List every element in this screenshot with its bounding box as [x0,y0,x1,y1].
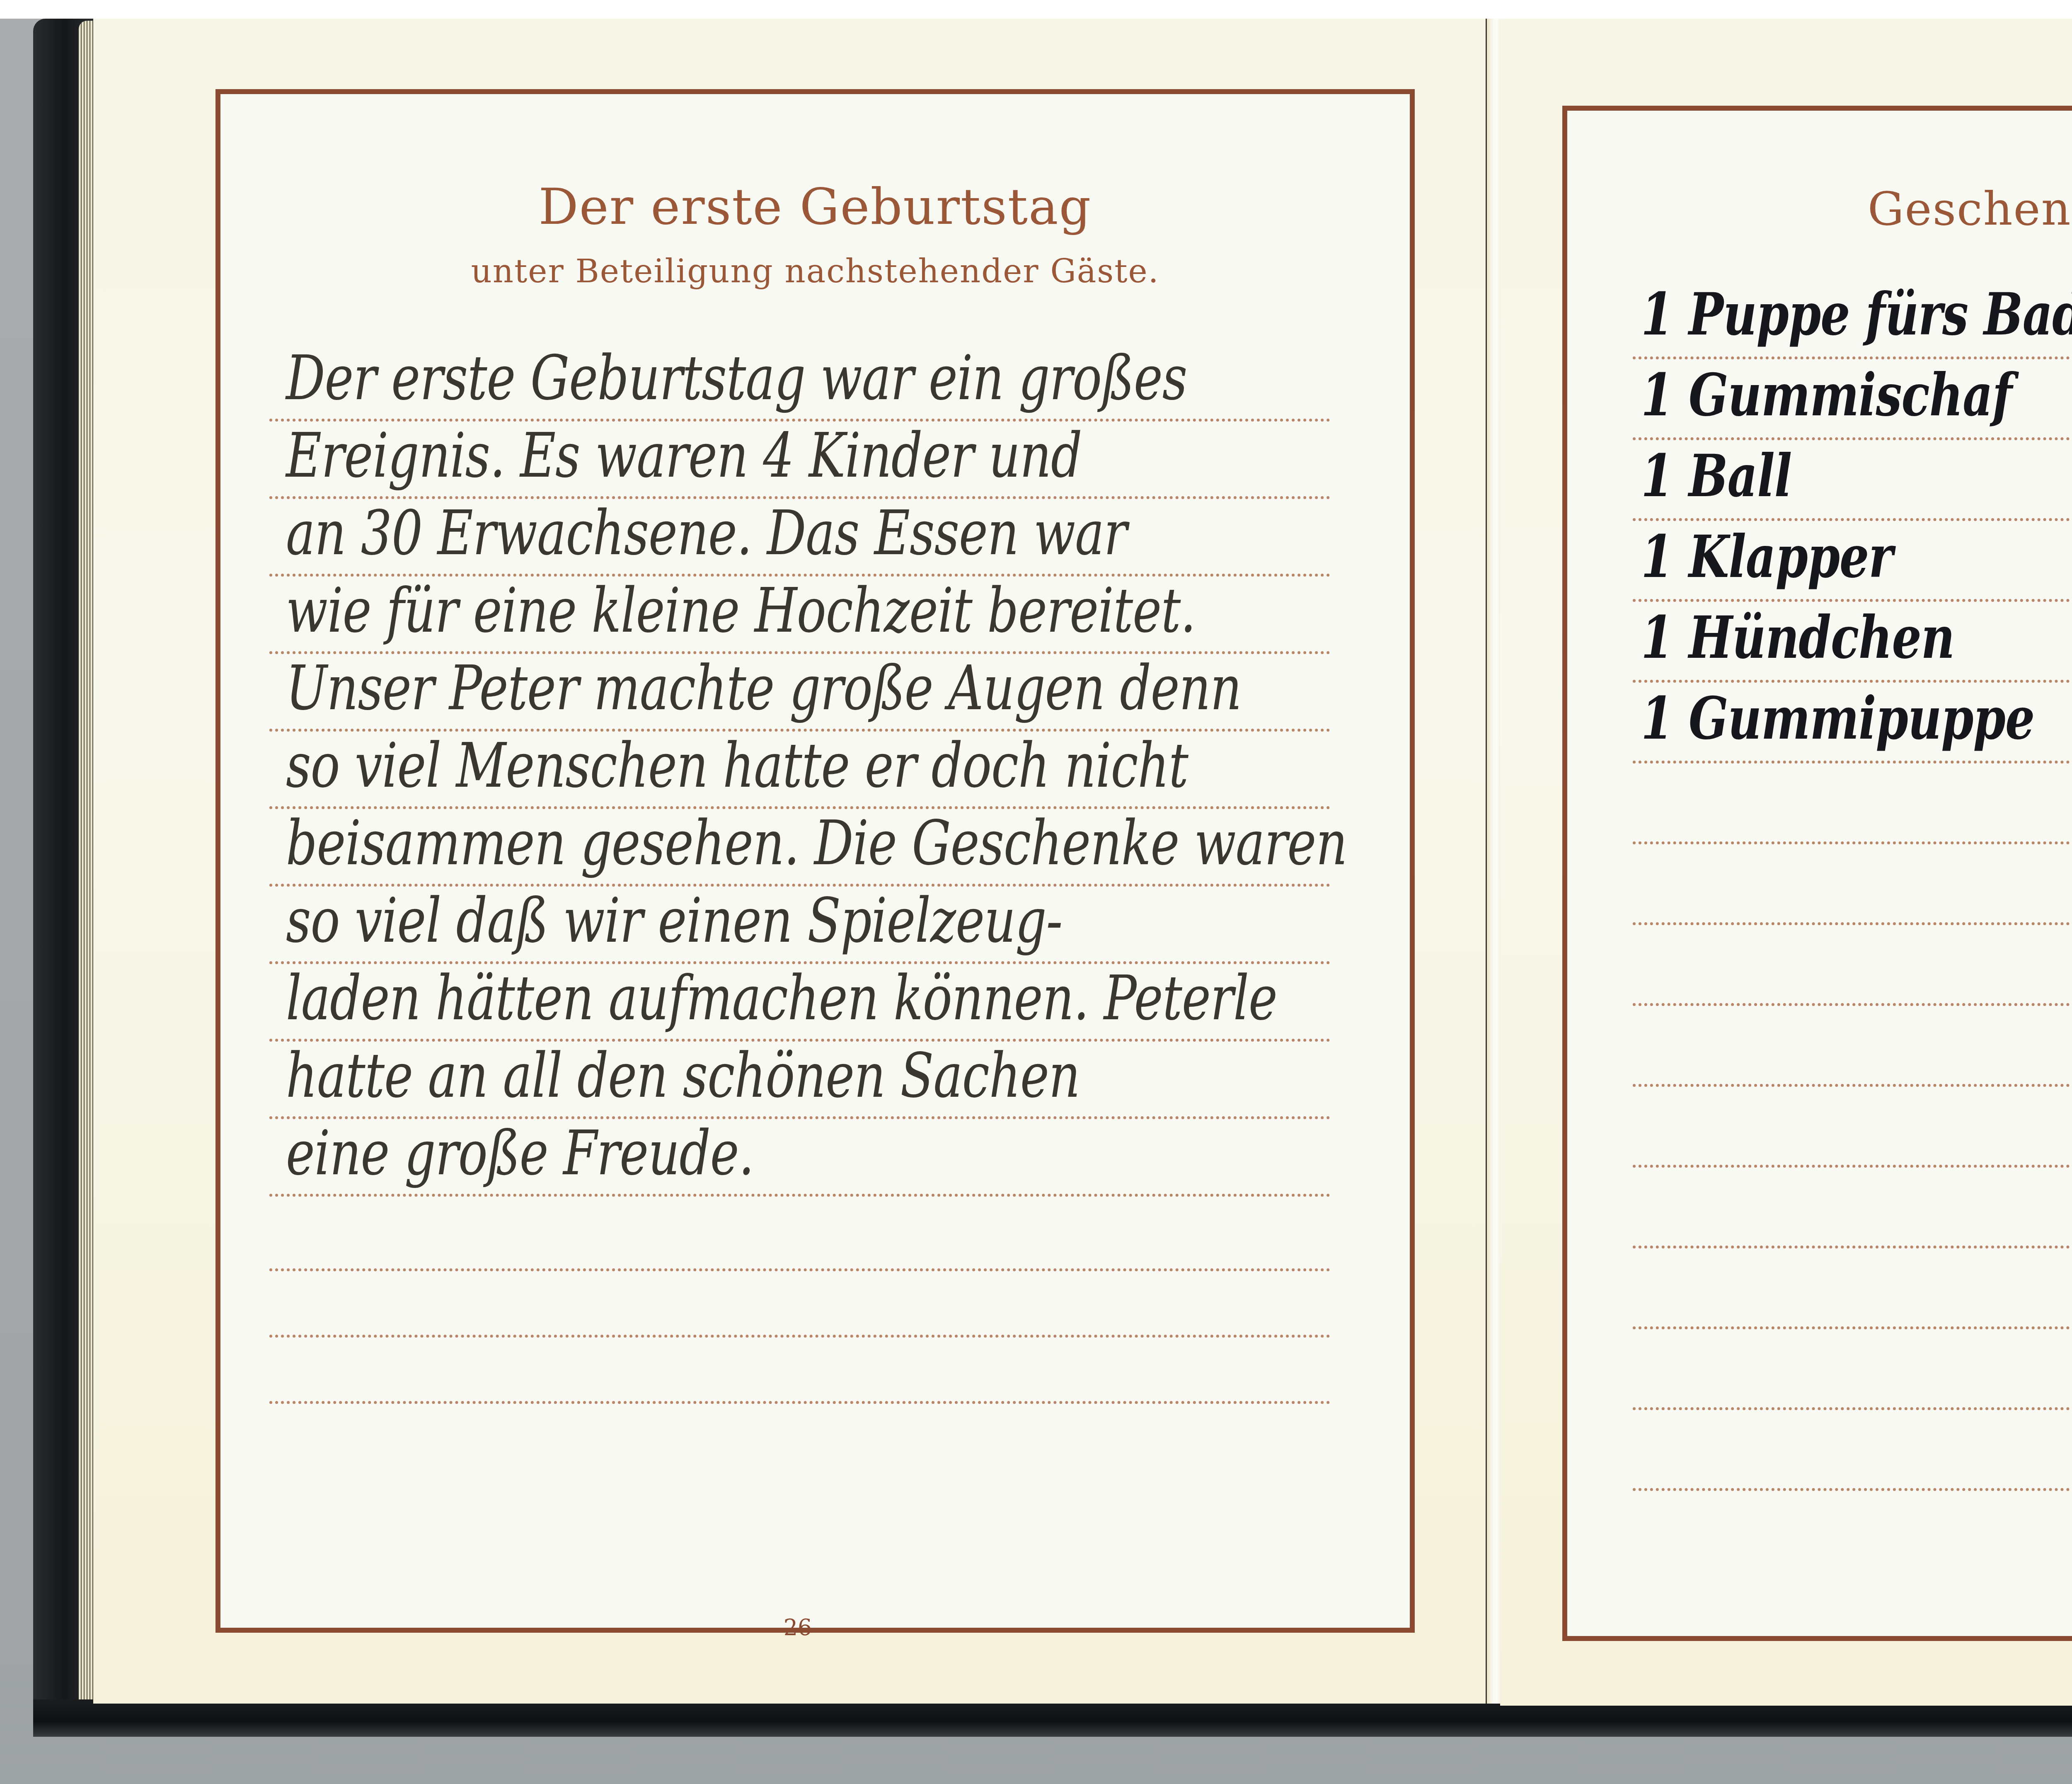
handwritten-line: Der erste Geburtstag war ein großes [286,342,1187,414]
gift-item: 1 Hündchen [1641,604,1954,672]
gift-item-line [1633,761,2072,764]
left-page-subtitle: unter Beteiligung nachstehender Gäste. [215,253,1415,290]
left-page-title: Der erste Geburtstag [215,178,1415,236]
ruled-line [269,1268,1330,1271]
gift-item-line [1633,1003,2072,1006]
gift-item-line [1633,1407,2072,1410]
ruled-line [269,1335,1330,1338]
gift-item-line [1633,356,2072,359]
right-page-title: Geschenke für das Kind. [1562,182,2072,235]
handwritten-line: so viel daß wir einen Spielzeug- [286,885,1062,957]
handwritten-line: an 30 Erwachsene. Das Essen war [286,497,1127,569]
gift-item-line [1633,437,2072,440]
gift-item: 1 Klapper [1641,523,1893,591]
handwritten-line: eine große Freude. [286,1117,754,1189]
ruled-line [269,1194,1330,1197]
gift-item: 1 Puppe fürs Bad [1641,281,2072,349]
handwritten-line: Unser Peter machte große Augen denn [286,652,1242,724]
handwritten-line: beisammen gesehen. Die Geschenke waren [286,807,1347,879]
gift-item-line [1633,1165,2072,1168]
gift-item: 1 Gummischaf [1641,361,2012,429]
handwritten-line: hatte an all den schönen Sachen [286,1040,1080,1112]
gift-item-line [1633,1326,2072,1329]
gift-item-line [1633,518,2072,521]
gift-item-line [1633,922,2072,925]
page-number-left: 26 [756,1614,839,1641]
gift-item: 1 Ball [1641,442,1791,510]
gift-item-line [1633,1246,2072,1248]
gift-item-line [1633,1084,2072,1087]
handwritten-line: so viel Menschen hatte er doch nicht [286,730,1188,802]
gift-item-line [1633,841,2072,844]
gift-item-line [1633,680,2072,683]
handwritten-line: Ereignis. Es waren 4 Kinder und [286,420,1082,492]
ruled-line [269,1401,1330,1404]
page-edges-left [79,21,95,1708]
gift-item-line [1633,1488,2072,1491]
handwritten-line: laden hätten aufmachen können. Peterle [286,962,1277,1034]
gift-item-line [1633,599,2072,602]
gift-item: 1 Gummipuppe [1641,685,2034,753]
handwritten-line: wie für eine kleine Hochzeit bereitet. [286,575,1196,647]
